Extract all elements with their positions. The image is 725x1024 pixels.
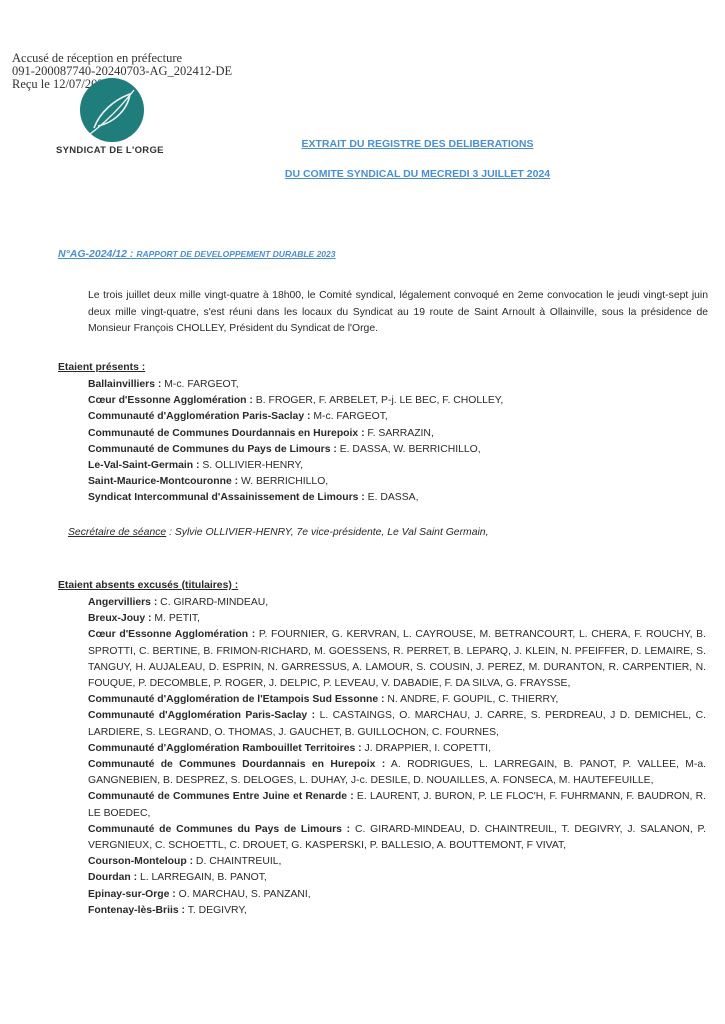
deliberation-number: N°AG-2024/12 : bbox=[58, 248, 133, 260]
entity-name: Communauté de Communes Entre Juine et Re… bbox=[88, 791, 354, 802]
list-item: Courson-Monteloup : D. CHAINTREUIL, bbox=[88, 854, 706, 870]
member-names: M. PETIT, bbox=[152, 613, 201, 624]
intro-paragraph: Le trois juillet deux mille vingt-quatre… bbox=[88, 288, 708, 338]
entity-name: Communauté d'Agglomération Paris-Saclay … bbox=[88, 411, 310, 422]
list-item: Communauté d'Agglomération Paris-Saclay … bbox=[88, 409, 706, 425]
entity-name: Epinay-sur-Orge : bbox=[88, 889, 176, 900]
entity-name: Fontenay-lès-Briis : bbox=[88, 905, 185, 916]
secretary-value: : Sylvie OLLIVIER-HENRY, 7e vice-préside… bbox=[166, 527, 488, 538]
list-item: Dourdan : L. LARREGAIN, B. PANOT, bbox=[88, 870, 706, 886]
list-item: Communauté d'Agglomération de l'Etampois… bbox=[88, 692, 706, 708]
member-names: O. MARCHAU, S. PANZANI, bbox=[176, 889, 311, 900]
entity-name: Communauté d'Agglomération Rambouillet T… bbox=[88, 743, 362, 754]
deliberation-subject: Rapport de developpement durable 2023 bbox=[136, 249, 335, 259]
register-extract-heading: EXTRAIT DU REGISTRE DES DELIBERATIONS bbox=[0, 138, 725, 150]
list-item: Saint-Maurice-Montcouronne : W. BERRICHI… bbox=[88, 474, 706, 490]
list-item: Cœur d'Essonne Agglomération : B. FROGER… bbox=[88, 393, 706, 409]
list-item: Communauté de Communes Dourdannais en Hu… bbox=[88, 426, 706, 442]
entity-name: Courson-Monteloup : bbox=[88, 856, 193, 867]
entity-name: Communauté de Communes du Pays de Limour… bbox=[88, 444, 337, 455]
list-item: Le-Val-Saint-Germain : S. OLLIVIER-HENRY… bbox=[88, 458, 706, 474]
list-item: Communauté d'Agglomération Paris-Saclay … bbox=[88, 708, 706, 740]
entity-name: Angervilliers : bbox=[88, 597, 157, 608]
list-item: Ballainvilliers : M-c. FARGEOT, bbox=[88, 377, 706, 393]
entity-name: Ballainvilliers : bbox=[88, 379, 161, 390]
member-names: C. GIRARD-MINDEAU, bbox=[157, 597, 268, 608]
entity-name: Communauté d'Agglomération de l'Etampois… bbox=[88, 694, 384, 705]
entity-name: Le-Val-Saint-Germain : bbox=[88, 460, 199, 471]
list-item: Communauté d'Agglomération Rambouillet T… bbox=[88, 741, 706, 757]
present-list: Ballainvilliers : M-c. FARGEOT,Cœur d'Es… bbox=[88, 377, 706, 507]
member-names: J. DRAPPIER, I. COPETTI, bbox=[362, 743, 491, 754]
leaf-icon bbox=[80, 78, 144, 142]
entity-name: Breux-Jouy : bbox=[88, 613, 152, 624]
session-secretary: Secrétaire de séance : Sylvie OLLIVIER-H… bbox=[68, 527, 488, 538]
entity-name: Syndicat Intercommunal d'Assainissement … bbox=[88, 492, 365, 503]
list-item: Communauté de Communes Entre Juine et Re… bbox=[88, 789, 706, 821]
meeting-date-heading: DU COMITE SYNDICAL DU MECREDI 3 JUILLET … bbox=[0, 168, 725, 180]
entity-name: Saint-Maurice-Montcouronne : bbox=[88, 476, 238, 487]
member-names: N. ANDRE, F. GOUPIL, C. THIERRY, bbox=[384, 694, 558, 705]
entity-name: Communauté de Communes du Pays de Limour… bbox=[88, 824, 350, 835]
list-item: Breux-Jouy : M. PETIT, bbox=[88, 611, 706, 627]
member-names: B. FROGER, F. ARBELET, P-j. LE BEC, F. C… bbox=[253, 395, 503, 406]
member-names: S. OLLIVIER-HENRY, bbox=[199, 460, 303, 471]
list-item: Epinay-sur-Orge : O. MARCHAU, S. PANZANI… bbox=[88, 887, 706, 903]
list-item: Communauté de Communes du Pays de Limour… bbox=[88, 822, 706, 854]
secretary-label: Secrétaire de séance bbox=[68, 527, 166, 538]
member-names: M-c. FARGEOT, bbox=[161, 379, 238, 390]
member-names: E. DASSA, W. BERRICHILLO, bbox=[337, 444, 481, 455]
entity-name: Communauté de Communes Dourdannais en Hu… bbox=[88, 428, 365, 439]
member-names: F. SARRAZIN, bbox=[365, 428, 434, 439]
entity-name: Dourdan : bbox=[88, 872, 137, 883]
present-heading: Etaient présents : bbox=[58, 362, 145, 373]
list-item: Angervilliers : C. GIRARD-MINDEAU, bbox=[88, 595, 706, 611]
entity-name: Communauté de Communes Dourdannais en Hu… bbox=[88, 759, 385, 770]
member-names: E. DASSA, bbox=[365, 492, 419, 503]
entity-name: Cœur d'Essonne Agglomération : bbox=[88, 629, 255, 640]
list-item: Communauté de Communes du Pays de Limour… bbox=[88, 442, 706, 458]
entity-name: Communauté d'Agglomération Paris-Saclay … bbox=[88, 710, 315, 721]
list-item: Communauté de Communes Dourdannais en Hu… bbox=[88, 757, 706, 789]
absent-heading: Etaient absents excusés (titulaires) : bbox=[58, 580, 238, 591]
list-item: Cœur d'Essonne Agglomération : P. FOURNI… bbox=[88, 627, 706, 692]
member-names: W. BERRICHILLO, bbox=[238, 476, 328, 487]
list-item: Syndicat Intercommunal d'Assainissement … bbox=[88, 490, 706, 506]
list-item: Fontenay-lès-Briis : T. DEGIVRY, bbox=[88, 903, 706, 919]
member-names: L. LARREGAIN, B. PANOT, bbox=[137, 872, 267, 883]
member-names: T. DEGIVRY, bbox=[185, 905, 247, 916]
member-names: M-c. FARGEOT, bbox=[310, 411, 387, 422]
deliberation-title: N°AG-2024/12 : Rapport de developpement … bbox=[58, 248, 336, 260]
absent-list: Angervilliers : C. GIRARD-MINDEAU,Breux-… bbox=[88, 595, 706, 919]
entity-name: Cœur d'Essonne Agglomération : bbox=[88, 395, 253, 406]
syndicat-logo bbox=[80, 78, 144, 142]
member-names: D. CHAINTREUIL, bbox=[193, 856, 281, 867]
